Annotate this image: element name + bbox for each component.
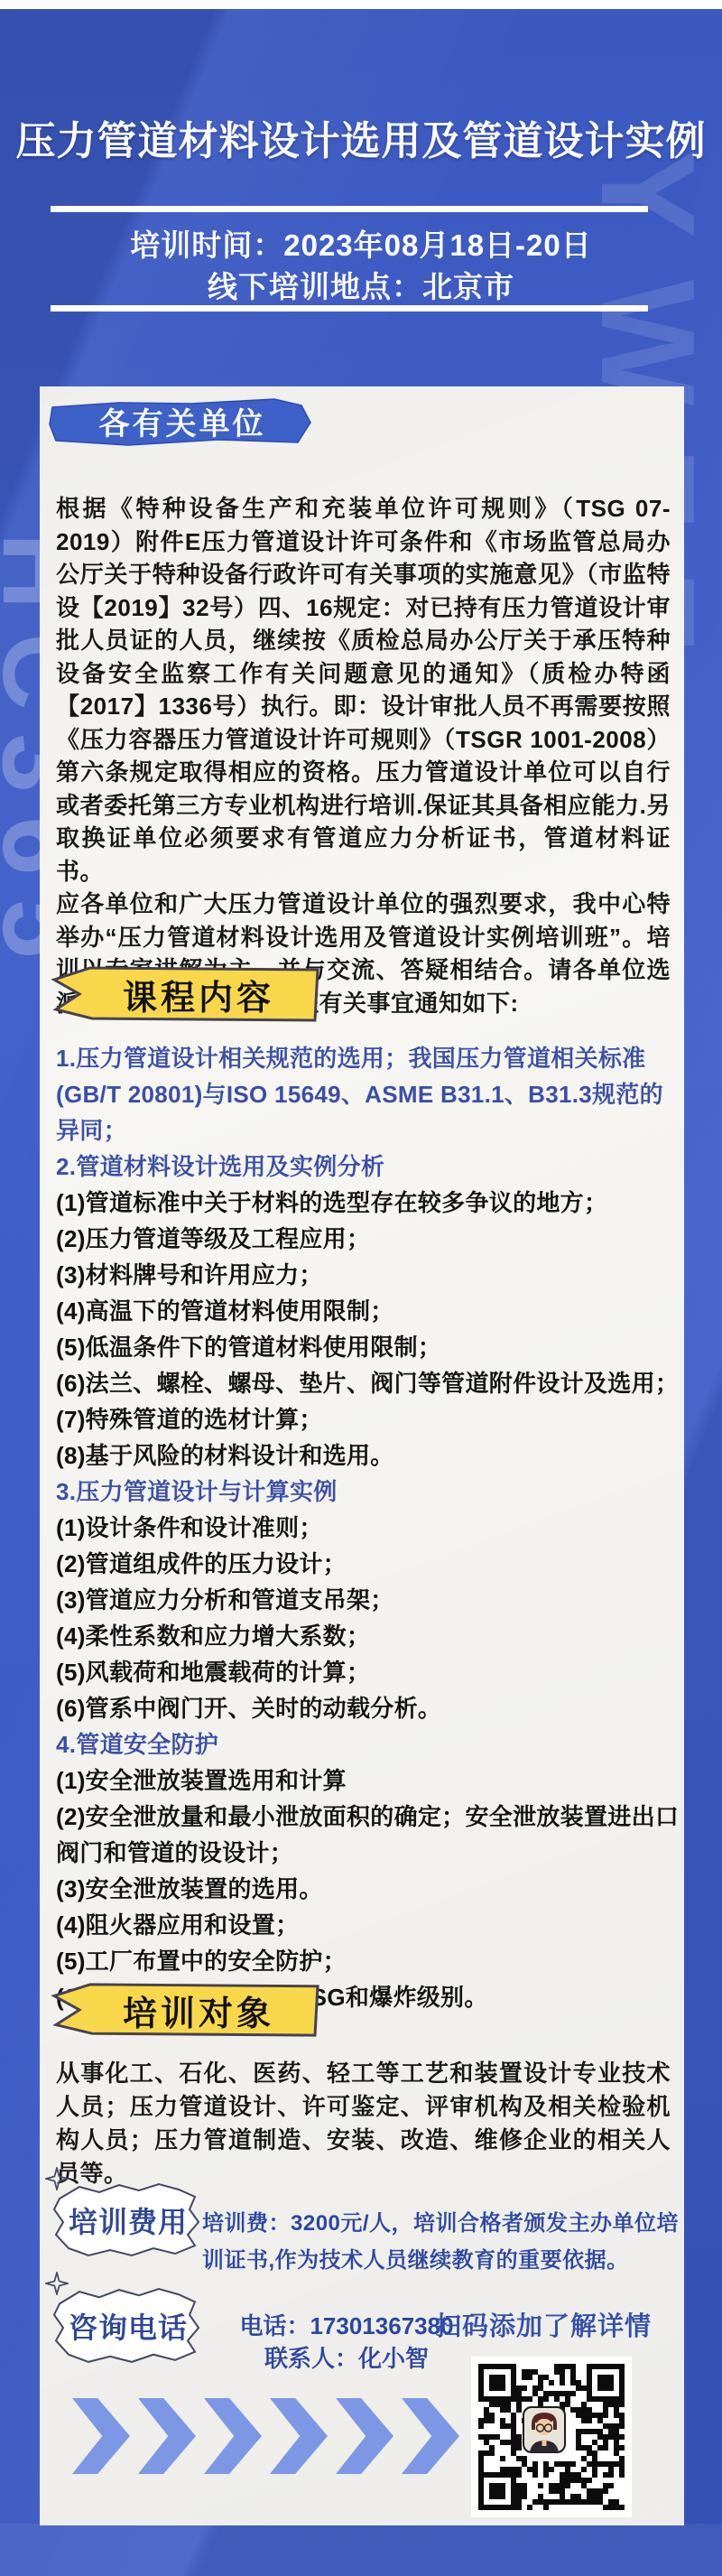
- contact-bubble-label: 咨询电话: [51, 2286, 206, 2366]
- chevron-right-icon: [336, 2398, 393, 2474]
- course-item: (3)材料牌号和许用应力；: [56, 1257, 682, 1293]
- course-item: (2)安全泄放量和最小泄放面积的确定；安全泄放装置进出口阀门和管道的设设计；: [56, 1799, 682, 1871]
- audience-banner: 培训对象: [49, 1981, 321, 2039]
- fee-bubble-label: 培训费用: [51, 2181, 206, 2259]
- course-item: (6)法兰、螺栓、螺母、垫片、阀门等管道附件设计及选用；: [56, 1365, 682, 1401]
- course-item: (4)柔性系数和应力增大系数；: [56, 1618, 682, 1654]
- course-item: (1)管道标准中关于材料的选型存在较多争议的地方；: [56, 1185, 682, 1221]
- training-location: 线下培训地点：北京市: [0, 264, 722, 306]
- chevron-right-icon: [72, 2398, 130, 2474]
- course-item: (5)低温条件下的管道材料使用限制；: [56, 1329, 682, 1365]
- qr-code: [471, 2357, 632, 2517]
- qr-avatar: [523, 2406, 566, 2453]
- course-section-title: 1.压力管道设计相关规范的选用；我国压力管道相关标准(GB/T 20801)与I…: [56, 1040, 682, 1149]
- course-item: (1)设计条件和设计准则；: [56, 1510, 682, 1546]
- course-section-title: 2.管道材料设计选用及实例分析: [56, 1149, 682, 1185]
- course-banner: 课程内容: [49, 964, 321, 1024]
- fee-bubble: 培训费用: [51, 2181, 206, 2259]
- audience-banner-label: 培训对象: [49, 1981, 321, 2039]
- page-title: 压力管道材料设计选用及管道设计实例: [0, 108, 722, 166]
- course-item: (6)管系中阀门开、关时的动载分析。: [56, 1690, 682, 1726]
- header-divider-top: [51, 206, 648, 212]
- course-item: (3)安全泄放装置的选用。: [56, 1871, 682, 1907]
- header-divider-bottom: [51, 305, 648, 312]
- course-item: (3)管道应力分析和管道支吊架；: [56, 1582, 682, 1618]
- course-banner-label: 课程内容: [49, 964, 321, 1024]
- notice-banner-label: 各有关单位: [47, 397, 318, 448]
- bottom-tint: [0, 2524, 722, 2576]
- content-card: 各有关单位 根据《特种设备生产和充装单位许可规则》（TSG 07-2019）附件…: [40, 386, 684, 2525]
- qr-scan-hint: 扫码添加了解详情: [435, 2306, 684, 2343]
- course-item: (2)压力管道等级及工程应用；: [56, 1221, 682, 1257]
- course-item: (5)风载荷和地震载荷的计算；: [56, 1654, 682, 1690]
- top-white-strip: [0, 0, 722, 9]
- notice-paragraph-1: 根据《特种设备生产和充装单位许可规则》（TSG 07-2019）附件E压力管道设…: [56, 492, 671, 888]
- notice-banner: 各有关单位: [47, 397, 318, 448]
- contact-person: 联系人：化小智: [211, 2342, 482, 2375]
- course-item: (2)管道组成件的压力设计；: [56, 1546, 682, 1582]
- course-section-title: 4.管道安全防护: [56, 1726, 682, 1762]
- chevron-right-icon: [204, 2398, 262, 2474]
- course-item: (7)特殊管道的选材计算；: [56, 1401, 682, 1437]
- course-list: 1.压力管道设计相关规范的选用；我国压力管道相关标准(GB/T 20801)与I…: [56, 1040, 682, 2015]
- chevron-right-icon: [270, 2398, 328, 2474]
- course-item: (4)阻火器应用和设置；: [56, 1907, 682, 1943]
- chevron-arrow-row: [72, 2398, 459, 2474]
- course-item: (1)安全泄放装置选用和计算: [56, 1762, 682, 1799]
- course-item: (8)基于风险的材料设计和选用。: [56, 1437, 682, 1474]
- course-item: (5)工厂布置中的安全防护；: [56, 1943, 682, 1979]
- chevron-right-icon: [402, 2398, 459, 2474]
- audience-text: 从事化工、石化、医药、轻工等工艺和装置设计专业技术人员；压力管道设计、许可鉴定、…: [56, 2057, 671, 2190]
- course-section-title: 3.压力管道设计与计算实例: [56, 1474, 682, 1510]
- course-item: (4)高温下的管道材料使用限制；: [56, 1293, 682, 1329]
- fee-text: 培训费：3200元/人，培训合格者颁发主办单位培训证书,作为技术人员继续教育的重…: [202, 2205, 694, 2279]
- notice-paragraphs: 根据《特种设备生产和充装单位许可规则》（TSG 07-2019）附件E压力管道设…: [56, 492, 671, 1019]
- contact-bubble: 咨询电话: [51, 2286, 206, 2366]
- training-time: 培训时间：2023年08月18日-20日: [0, 222, 722, 265]
- chevron-right-icon: [138, 2398, 196, 2474]
